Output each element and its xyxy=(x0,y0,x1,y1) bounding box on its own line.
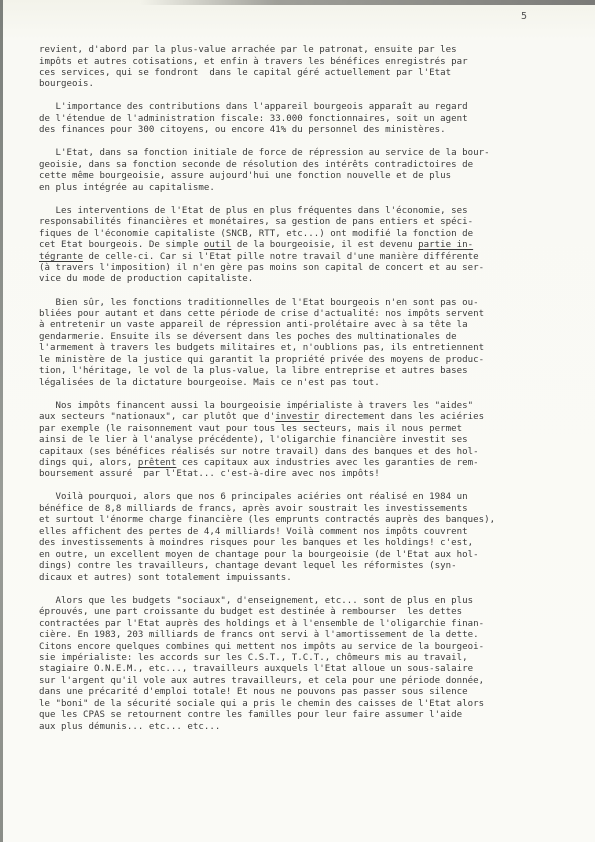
text-line: fiques de l'économie capitaliste (SNCB, … xyxy=(39,229,473,240)
text-line: dans une précarité d'emploi totale! Et n… xyxy=(39,687,468,698)
text-line: par exemple (le raisonnement vaut pour t… xyxy=(39,424,462,435)
text-line: boursement assuré par l'Etat... c'est-à-… xyxy=(39,469,380,480)
text-line: ces services, qui se fondront dans le ca… xyxy=(39,68,451,79)
text-line: responsabilités financières et monétaire… xyxy=(39,217,473,228)
text-line: des finances pour 300 citoyens, ou encor… xyxy=(39,125,446,136)
text-line: bénéfice de 8,8 milliards de francs, apr… xyxy=(39,504,468,515)
text-line: dings) contre les travailleurs, chantage… xyxy=(39,561,457,572)
text-line: (à travers l'imposition) il n'en gère pa… xyxy=(39,263,484,274)
page-number: 5 xyxy=(521,11,527,22)
scan-edge xyxy=(0,0,3,842)
text-line: en plus intégrée au capitalisme. xyxy=(39,183,215,194)
text-line: Bien sûr, les fonctions traditionnelles … xyxy=(39,298,479,309)
text-line: et surtout l'énorme charge financière (l… xyxy=(39,515,495,526)
text-line: vice du mode de production capitaliste. xyxy=(39,274,253,285)
text-line: Citons encore quelques combines qui mett… xyxy=(39,642,484,653)
text-line: dicaux et autres) sont totalement impuis… xyxy=(39,573,292,584)
text-line: gendarmerie. Ensuite ils se déversent da… xyxy=(39,332,457,343)
text-line: aux secteurs "nationaux", car plutôt que… xyxy=(39,412,484,423)
underlined-word: tégrante xyxy=(39,252,83,262)
underlined-word: prêtent xyxy=(138,458,176,468)
text-line: revient, d'abord par la plus-value arrac… xyxy=(39,45,457,56)
text-line: le "boni" de la sécurité sociale qui a p… xyxy=(39,699,484,710)
text-line: stagiaire O.N.E.M., etc..., travailleurs… xyxy=(39,664,473,675)
text-line: éprouvés, une part croissante du budget … xyxy=(39,607,462,618)
text-line: tion, l'héritage, le vol de la plus-valu… xyxy=(39,366,468,377)
text-line: Voilà pourquoi, alors que nos 6 principa… xyxy=(39,492,468,503)
text-line: bliées pour autant et dans cette période… xyxy=(39,309,484,320)
text-line: sie impérialiste: les accords sur les C.… xyxy=(39,653,468,664)
text-line: contractées par l'Etat auprès des holdin… xyxy=(39,619,484,630)
text-line: capitaux (ses bénéfices réalisés sur not… xyxy=(39,447,479,458)
text-line: L'importance des contributions dans l'ap… xyxy=(39,102,468,113)
text-line: Alors que les budgets "sociaux", d'ensei… xyxy=(39,596,473,607)
text-line: Les interventions de l'Etat de plus en p… xyxy=(39,206,468,217)
text-line: geoisie, dans sa fonction seconde de rés… xyxy=(39,160,473,171)
text-line: Nos impôts financent aussi la bourgeoisi… xyxy=(39,401,473,412)
text-line: elles affichent des pertes de 4,4 millia… xyxy=(39,527,468,538)
document-page: 5 revient, d'abord par la plus-value arr… xyxy=(0,0,595,842)
text-line: cette même bourgeoisie, assure aujourd'h… xyxy=(39,171,451,182)
text-line: légalisées de la dictature bourgeoise. M… xyxy=(39,378,380,389)
text-line: L'Etat, dans sa fonction initiale de for… xyxy=(39,148,490,159)
text-line: cière. En 1983, 203 milliards de francs … xyxy=(39,630,479,641)
text-line: que les CPAS se retournent contre les fa… xyxy=(39,710,462,721)
text-line: ainsi de le lier à l'analyse précédente)… xyxy=(39,435,468,446)
text-line: tégrante de celle-ci. Car si l'Etat pill… xyxy=(39,252,479,263)
text-line: bourgeois. xyxy=(39,79,94,90)
text-line: sur l'argent qu'il vole aux autres trava… xyxy=(39,676,484,687)
text-line: aux plus démunis... etc... etc... xyxy=(39,722,220,733)
underlined-word: investir xyxy=(275,412,319,422)
text-line: dings qui, alors, prêtent ces capitaux a… xyxy=(39,458,479,469)
text-line: impôts et autres cotisations, et enfin à… xyxy=(39,57,468,68)
text-line: l'armement à travers les budgets militai… xyxy=(39,343,484,354)
text-line: le ministère de la justice qui garantit … xyxy=(39,355,484,366)
text-line: cet Etat bourgeois. De simple outil de l… xyxy=(39,240,473,251)
scan-shadow xyxy=(140,0,595,5)
text-line: de l'étendue de l'administration fiscale… xyxy=(39,114,468,125)
text-line: en outre, un excellent moyen de chantage… xyxy=(39,550,479,561)
text-line: à entretenir un vaste appareil de répres… xyxy=(39,320,468,331)
text-line: des investissements à moindres risques p… xyxy=(39,538,473,549)
